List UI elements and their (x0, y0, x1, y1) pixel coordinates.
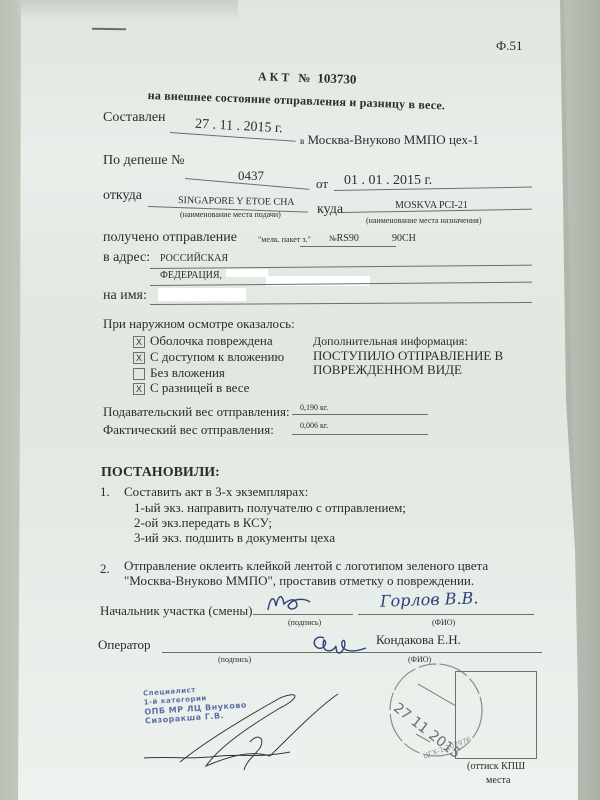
operator-signature-caption: (подпись) (218, 655, 251, 664)
received-line (300, 246, 396, 247)
composed-label: Составлен (103, 110, 166, 126)
checkbox-damaged-shell[interactable]: X (133, 336, 145, 348)
resolution-item1-sub-3: 3-ий экз. подшить в документы цеха (134, 530, 335, 546)
checkbox-label-content-access: С доступом к вложению (150, 349, 284, 365)
declared-weight-value: 0,190 кг. (300, 403, 328, 412)
route-from-value: SINGAPORE Y ETOE CHA (178, 195, 295, 208)
chief-label: Начальник участка (смены) (100, 603, 252, 619)
recipient-redaction (158, 288, 246, 301)
kpsh-caption-line2: места (486, 775, 510, 786)
route-from-caption: (наименование места подачи) (180, 210, 281, 219)
resolution-item1-sub-1: 1-ый экз. направить получателю с отправл… (134, 500, 406, 516)
checkbox-label-weight-difference: С разницей в весе (150, 380, 249, 396)
chief-signature (260, 588, 330, 620)
actual-weight-value: 0,006 кг. (300, 421, 328, 430)
inspection-heading: При наружном осмотре оказалось: (103, 316, 295, 332)
actual-weight-line (292, 434, 428, 435)
dispatch-date: 01 . 01 . 2015 г. (344, 173, 432, 189)
composed-place-prefix: в (300, 136, 304, 146)
act-title: А К Т № 103730 (258, 68, 357, 87)
paper-fold-shade (18, 0, 238, 20)
resolution-item1-text: Составить акт в 3-х экземплярах: (124, 484, 308, 500)
operator-signature (306, 628, 376, 664)
chief-name-handwritten: Горлов В.В. (380, 588, 479, 610)
kpsh-caption-line1: (оттиск КПШ (467, 761, 525, 772)
resolution-item1-sub-2: 2-ой экз.передать в КСУ; (134, 515, 272, 531)
act-number-sign: № (298, 71, 311, 85)
declared-weight-line (292, 414, 428, 415)
checkbox-label-no-content: Без вложения (150, 365, 225, 381)
act-label: А К Т (258, 69, 290, 84)
address-line2: ФЕДЕРАЦИЯ, (160, 270, 222, 281)
dispatch-number: 0437 (238, 168, 264, 184)
composed-place: в Москва-Внуково ММПО цех-1 (300, 132, 479, 148)
chief-name-line (358, 614, 534, 615)
resolution-item2-line2: "Москва-Внуково ММПО", проставив отметку… (124, 573, 474, 589)
address-label: в адрес: (103, 250, 150, 266)
dispatch-label: По депеше № (103, 153, 185, 169)
address-redaction-1 (226, 269, 268, 277)
act-number: 103730 (317, 70, 356, 86)
form-code: Ф.51 (496, 38, 523, 54)
checkbox-no-content[interactable] (133, 368, 145, 380)
tracking-number-sign: № (329, 234, 337, 243)
declared-weight-label: Подавательский вес отправления: (103, 404, 290, 420)
dispatch-from-label: от (316, 176, 328, 192)
composed-place-value: Москва-Внуково ММПО цех-1 (308, 132, 479, 147)
operator-name: Кондакова Е.Н. (376, 632, 461, 648)
recipient-label: на имя: (103, 288, 147, 304)
specialist-signature (140, 686, 340, 786)
checkbox-content-access[interactable]: X (133, 352, 145, 364)
resolution-item2-line1: Отправление оклеить клейкой лентой с лог… (124, 558, 488, 574)
route-to-caption: (наименование места назначения) (366, 216, 482, 225)
extra-info-label: Дополнительная информация: (313, 334, 468, 349)
checkbox-weight-difference[interactable]: X (133, 383, 145, 395)
resolution-item2-number: 2. (100, 561, 110, 577)
tracking-prefix: RS90 (337, 233, 359, 244)
kpsh-imprint-box (455, 671, 537, 759)
address-line1: РОССИЙСКАЯ (160, 253, 228, 264)
tracking-suffix: 90CH (392, 233, 416, 244)
resolution-item1-number: 1. (100, 484, 110, 500)
actual-weight-label: Фактический вес отправления: (103, 422, 274, 438)
route-from-label: откуда (103, 188, 142, 204)
chief-name-caption: (ФИО) (432, 618, 455, 627)
received-type: "мелк. пакет з." (258, 235, 311, 244)
checkbox-label-damaged-shell: Оболочка повреждена (150, 333, 273, 349)
received-tracking: №RS90 (329, 233, 359, 244)
route-to-label: куда (317, 202, 343, 218)
operator-label: Оператор (98, 637, 151, 653)
resolution-heading: ПОСТАНОВИЛИ: (101, 465, 220, 481)
received-label: получено отправление (103, 230, 237, 246)
extra-info-line2: ПОВРЕЖДЕННОМ ВИДЕ (313, 362, 462, 378)
